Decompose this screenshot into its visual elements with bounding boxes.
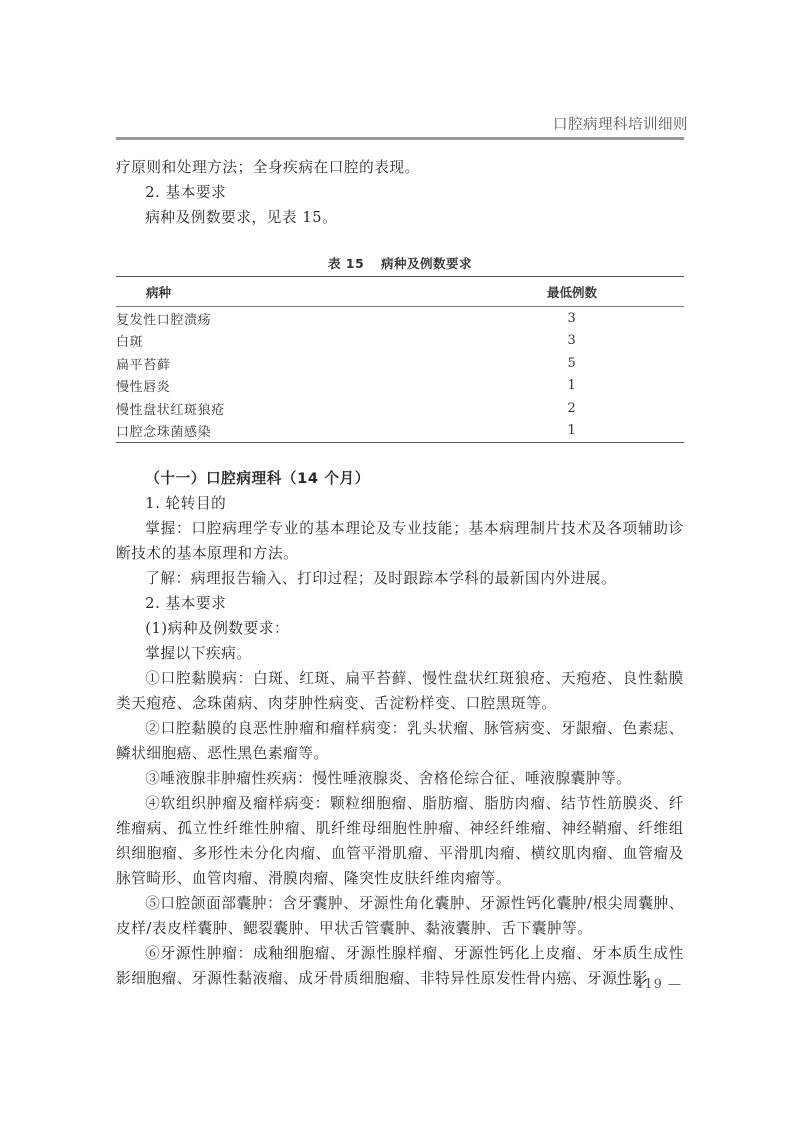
table-row: 慢性盘状红斑狼疮 2 xyxy=(116,397,684,420)
disease-name: 白斑 xyxy=(116,330,330,353)
subheading-basic-requirements: 2. 基本要求 xyxy=(116,180,684,205)
disease-list-item: ⑥牙源性肿瘤：成釉细胞瘤、牙源性腺样瘤、牙源性钙化上皮瘤、牙本质生成性影细胞瘤、… xyxy=(116,941,684,991)
disease-list-item: ⑤口腔颌面部囊肿：含牙囊肿、牙源性角化囊肿、牙源性钙化囊肿/根尖周囊肿、皮样/表… xyxy=(116,891,684,941)
min-count: 1 xyxy=(330,375,684,398)
master-list-intro: 掌握以下疾病。 xyxy=(116,641,684,666)
disease-list-item: ④软组织肿瘤及瘤样病变：颗粒细胞瘤、脂肪瘤、脂肪肉瘤、结节性筋膜炎、纤维瘤病、孤… xyxy=(116,791,684,891)
intro-block: 疗原则和处理方法；全身疾病在口腔的表现。 2. 基本要求 病种及例数要求，见表 … xyxy=(116,155,684,230)
disease-name: 扁平苔藓 xyxy=(116,352,330,375)
table-reference: 病种及例数要求，见表 15。 xyxy=(116,205,684,230)
section-oral-pathology: （十一）口腔病理科（14 个月） 1. 轮转目的 掌握：口腔病理学专业的基本理论… xyxy=(116,466,684,991)
section-title: （十一）口腔病理科（14 个月） xyxy=(116,466,684,491)
disease-name: 口腔念珠菌感染 xyxy=(116,420,330,443)
disease-list-item: ①口腔黏膜病：白斑、红斑、扁平苔藓、慢性盘状红斑狼疮、天疱疮、良性黏膜类天疱疮、… xyxy=(116,666,684,716)
sub-requirement-1: (1)病种及例数要求： xyxy=(116,616,684,641)
table-row: 白斑 3 xyxy=(116,330,684,353)
running-header: 口腔病理科培训细则 xyxy=(553,113,688,134)
disease-name: 复发性口腔溃疡 xyxy=(116,307,330,330)
subheading-rotation-purpose: 1. 轮转目的 xyxy=(116,491,684,516)
subheading-basic-requirements-2: 2. 基本要求 xyxy=(116,591,684,616)
min-count: 1 xyxy=(330,420,684,443)
table-caption: 表 15 病种及例数要求 xyxy=(116,254,684,272)
table-number: 表 15 xyxy=(328,256,364,271)
intro-line: 疗原则和处理方法；全身疾病在口腔的表现。 xyxy=(116,155,684,180)
master-paragraph: 掌握：口腔病理学专业的基本理论及专业技能；基本病理制片技术及各项辅助诊断技术的基… xyxy=(116,516,684,566)
disease-list-item: ②口腔黏膜的良恶性肿瘤和瘤样病变：乳头状瘤、脉管病变、牙龈瘤、色素痣、鳞状细胞癌… xyxy=(116,716,684,766)
document-page: 口腔病理科培训细则 疗原则和处理方法；全身疾病在口腔的表现。 2. 基本要求 病… xyxy=(0,0,800,1131)
table-row: 复发性口腔溃疡 3 xyxy=(116,307,684,330)
disease-name: 慢性唇炎 xyxy=(116,375,330,398)
table-row: 扁平苔藓 5 xyxy=(116,352,684,375)
disease-count-table: 病种 最低例数 复发性口腔溃疡 3 白斑 3 扁平苔藓 5 慢性唇炎 1 慢性盘 xyxy=(116,276,684,443)
table-header-row: 病种 最低例数 xyxy=(116,277,684,307)
disease-name: 慢性盘状红斑狼疮 xyxy=(116,397,330,420)
table-row: 慢性唇炎 1 xyxy=(116,375,684,398)
header-min-count: 最低例数 xyxy=(330,277,684,307)
min-count: 5 xyxy=(330,352,684,375)
disease-list-item: ③唾液腺非肿瘤性疾病：慢性唾液腺炎、舍格伦综合征、唾液腺囊肿等。 xyxy=(116,766,684,791)
table-row: 口腔念珠菌感染 1 xyxy=(116,420,684,443)
min-count: 3 xyxy=(330,330,684,353)
header-rule xyxy=(116,137,684,140)
header-disease: 病种 xyxy=(116,277,330,307)
page-number: — 419 — xyxy=(616,977,682,992)
understand-paragraph: 了解：病理报告输入、打印过程；及时跟踪本学科的最新国内外进展。 xyxy=(116,566,684,591)
min-count: 2 xyxy=(330,397,684,420)
min-count: 3 xyxy=(330,307,684,330)
table-title: 病种及例数要求 xyxy=(381,256,472,271)
